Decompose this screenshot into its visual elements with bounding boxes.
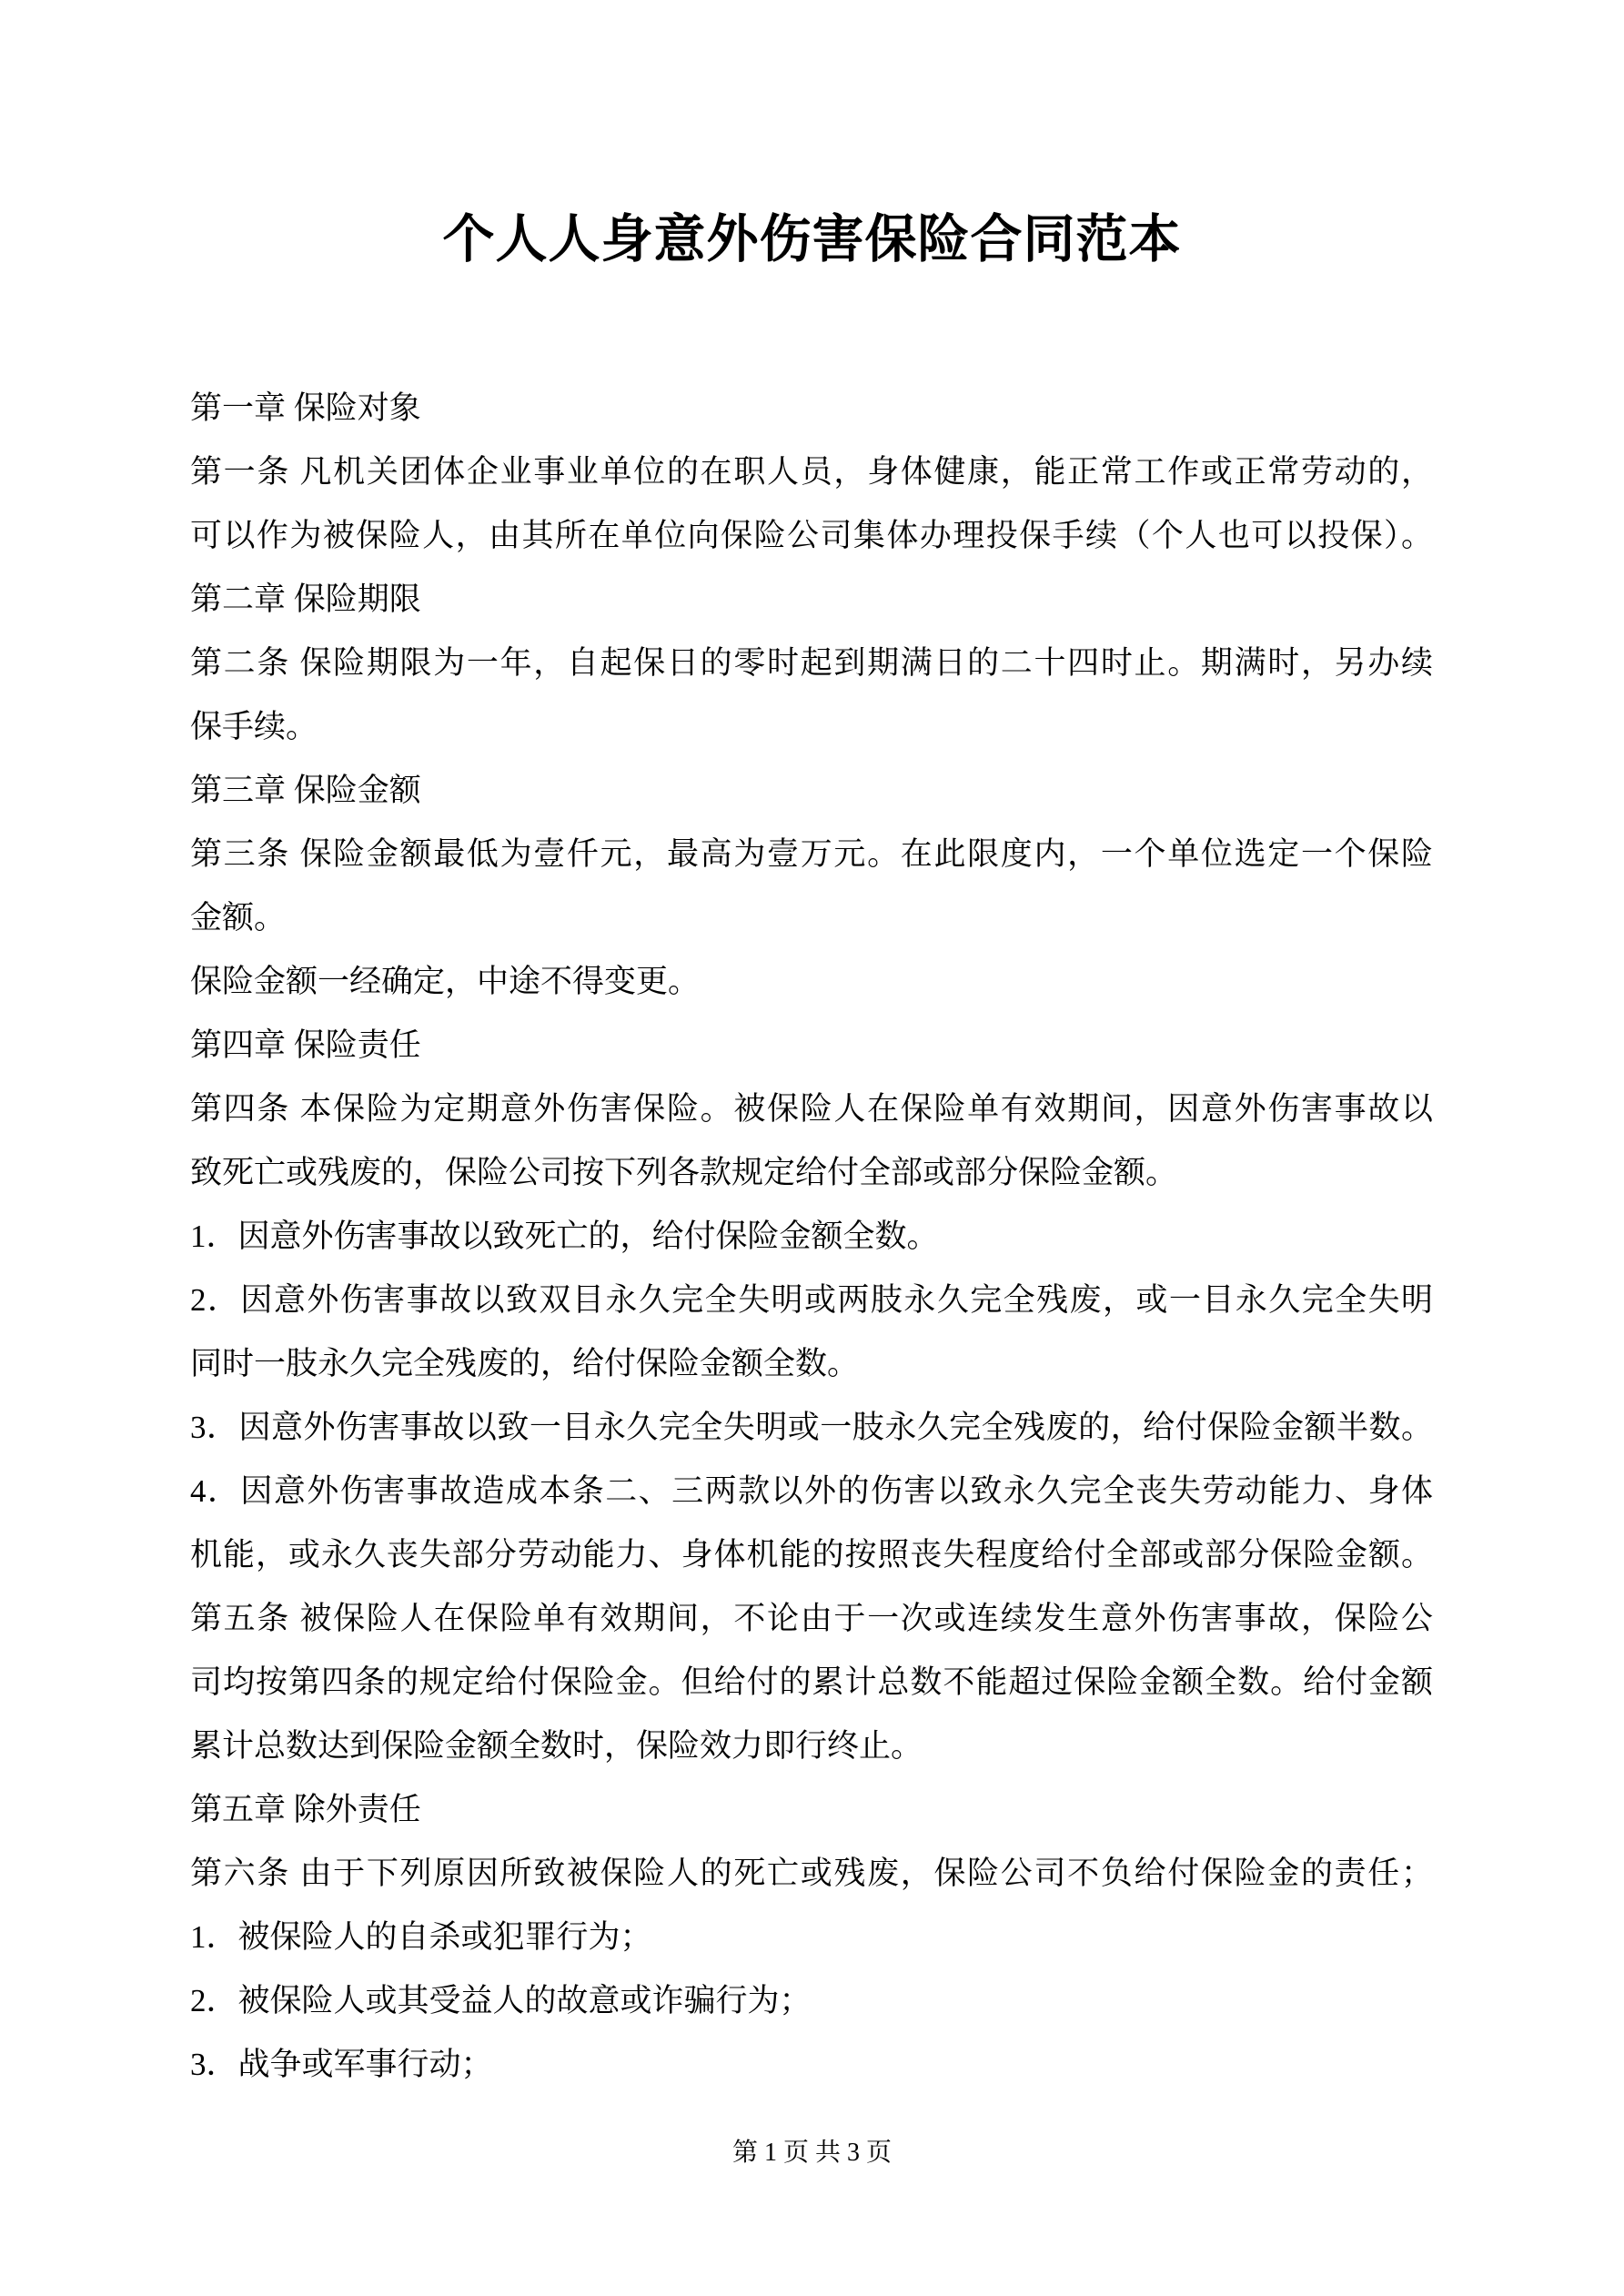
text-line: 致死亡或残废的，保险公司按下列各款规定给付全部或部分保险金额。 [190, 1141, 1433, 1205]
text-line: 3．战争或军事行动； [190, 2033, 1433, 2097]
text-line: 累计总数达到保险金额全数时，保险效力即行终止。 [190, 1714, 1433, 1778]
text-line: 第一条 凡机关团体企业事业单位的在职人员，身体健康，能正常工作或正常劳动的， [190, 440, 1433, 504]
text-line: 2．因意外伤害事故以致双目永久完全失明或两肢永久完全残废，或一目永久完全失明 [190, 1269, 1433, 1332]
text-line: 同时一肢永久完全残废的，给付保险金额全数。 [190, 1332, 1433, 1396]
document-page: 个人人身意外伤害保险合同范本 第一章 保险对象第一条 凡机关团体企业事业单位的在… [0, 0, 1624, 2296]
text-line: 1．因意外伤害事故以致死亡的，给付保险金额全数。 [190, 1205, 1433, 1269]
text-line: 第四章 保险责任 [190, 1014, 1433, 1077]
text-line: 第三条 保险金额最低为壹仟元，最高为壹万元。在此限度内，一个单位选定一个保险 [190, 823, 1433, 886]
text-line: 机能，或永久丧失部分劳动能力、身体机能的按照丧失程度给付全部或部分保险金额。 [190, 1523, 1433, 1587]
text-line: 可以作为被保险人，由其所在单位向保险公司集体办理投保手续（个人也可以投保）。 [190, 504, 1433, 568]
text-line: 保险金额一经确定，中途不得变更。 [190, 950, 1433, 1014]
text-line: 金额。 [190, 886, 1433, 950]
text-line: 司均按第四条的规定给付保险金。但给付的累计总数不能超过保险金额全数。给付金额 [190, 1651, 1433, 1714]
document-title: 个人人身意外伤害保险合同范本 [0, 202, 1624, 278]
text-line: 第六条 由于下列原因所致被保险人的死亡或残废，保险公司不负给付保险金的责任； [190, 1842, 1433, 1906]
text-line: 第五章 除外责任 [190, 1778, 1433, 1842]
text-line: 第一章 保险对象 [190, 377, 1433, 440]
text-line: 2．被保险人或其受益人的故意或诈骗行为； [190, 1969, 1433, 2033]
text-line: 1．被保险人的自杀或犯罪行为； [190, 1906, 1433, 1969]
text-line: 第四条 本保险为定期意外伤害保险。被保险人在保险单有效期间，因意外伤害事故以 [190, 1077, 1433, 1141]
text-line: 第二条 保险期限为一年，自起保日的零时起到期满日的二十四时止。期满时，另办续 [190, 632, 1433, 695]
text-line: 第五条 被保险人在保险单有效期间，不论由于一次或连续发生意外伤害事故，保险公 [190, 1587, 1433, 1651]
text-line: 4．因意外伤害事故造成本条二、三两款以外的伤害以致永久完全丧失劳动能力、身体 [190, 1460, 1433, 1523]
text-line: 3．因意外伤害事故以致一目永久完全失明或一肢永久完全残废的，给付保险金额半数。 [190, 1396, 1433, 1460]
text-line: 第三章 保险金额 [190, 759, 1433, 823]
document-body: 第一章 保险对象第一条 凡机关团体企业事业单位的在职人员，身体健康，能正常工作或… [190, 377, 1433, 2097]
page-number-footer: 第 1 页 共 3 页 [0, 2135, 1624, 2171]
text-line: 第二章 保险期限 [190, 568, 1433, 632]
text-line: 保手续。 [190, 695, 1433, 759]
